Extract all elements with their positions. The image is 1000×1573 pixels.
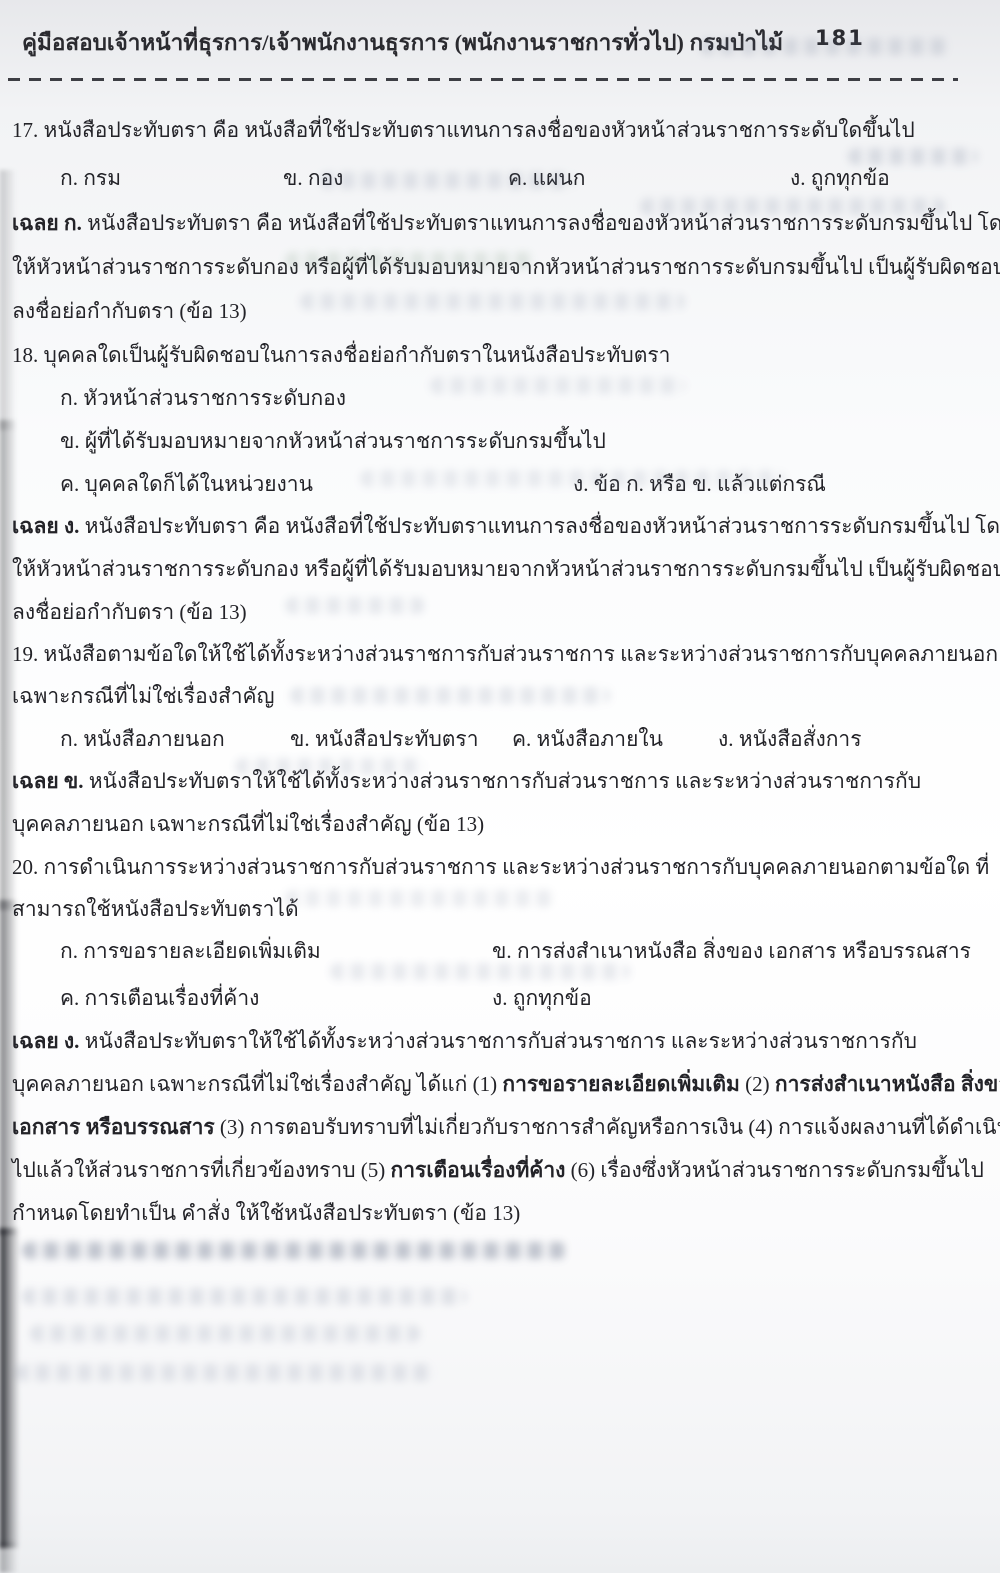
- page-number: 181: [815, 26, 865, 50]
- question-18-text: 18. บุคคลใดเป็นผู้รับผิดชอบในการลงชื่อย่…: [12, 335, 990, 378]
- option-17-b: ข. กอง: [283, 158, 343, 198]
- option-17-d: ง. ถูกทุกข้อ: [790, 158, 890, 198]
- answer-20-line5: กำหนดโดยทำเป็น คำสั่ง ให้ใช้หนังสือประทั…: [12, 1193, 990, 1236]
- answer-18-line1: เฉลย ง. หนังสือประทับตรา คือ หนังสือที่ใ…: [12, 506, 990, 549]
- option-20-a: ก. การขอรายละเอียดเพิ่มเติม: [60, 931, 321, 971]
- question-20-options-ab: ก. การขอรายละเอียดเพิ่มเติม ข. การส่งสำเ…: [12, 931, 990, 974]
- question-19-options: ก. หนังสือภายนอก ข. หนังสือประทับตรา ค. …: [12, 719, 990, 762]
- page-header: คู่มือสอบเจ้าหน้าที่ธุรการ/เจ้าพนักงานธุ…: [22, 24, 982, 60]
- option-18-d: ง. ข้อ ก. หรือ ข. แล้วแต่กรณี: [573, 464, 826, 504]
- answer-18-prefix: เฉลย ง.: [12, 514, 79, 538]
- option-19-a: ก. หนังสือภายนอก: [60, 719, 225, 759]
- bleed-through-smudge: [22, 1288, 467, 1305]
- answer-17-line2: ให้หัวหน้าส่วนราชการระดับกอง หรือผู้ที่ไ…: [12, 247, 990, 290]
- option-19-b: ข. หนังสือประทับตรา: [290, 719, 479, 759]
- answer-20-line3: เอกสาร หรือบรรณสาร (3) การตอบรับทราบที่ไ…: [12, 1107, 990, 1150]
- answer-18-line3: ลงชื่อย่อกำกับตรา (ข้อ 13): [12, 592, 990, 635]
- question-20-line2: สามารถใช้หนังสือประทับตราได้: [12, 889, 990, 932]
- answer-18-line2: ให้หัวหน้าส่วนราชการระดับกอง หรือผู้ที่ไ…: [12, 549, 990, 592]
- answer-20-line1: เฉลย ง. หนังสือประทับตราให้ใช้ได้ทั้งระห…: [12, 1021, 990, 1064]
- option-17-a: ก. กรม: [60, 158, 121, 198]
- answer-20-line4: ไปแล้วให้ส่วนราชการที่เกี่ยวข้องทราบ (5)…: [12, 1150, 990, 1193]
- question-20-options-cd: ค. การเตือนเรื่องที่ค้าง ง. ถูกทุกข้อ: [12, 978, 990, 1021]
- answer-20-line2: บุคคลภายนอก เฉพาะกรณีที่ไม่ใช่เรื่องสำคั…: [12, 1064, 990, 1107]
- bleed-through-smudge: [15, 1364, 435, 1381]
- answer-17-line3: ลงชื่อย่อกำกับตรา (ข้อ 13): [12, 291, 990, 334]
- option-18-c: ค. บุคคลใดก็ได้ในหน่วยงาน: [60, 464, 313, 504]
- question-17-text: 17. หนังสือประทับตรา คือ หนังสือที่ใช้ปร…: [12, 110, 990, 153]
- answer-19-prefix: เฉลย ข.: [12, 769, 84, 793]
- question-19-line2: เฉพาะกรณีที่ไม่ใช่เรื่องสำคัญ: [12, 676, 990, 719]
- question-19-line1: 19. หนังสือตามข้อใดให้ใช้ได้ทั้งระหว่างส…: [12, 634, 990, 677]
- option-17-c: ค. แผนก: [508, 158, 585, 198]
- question-18-option-a: ก. หัวหน้าส่วนราชการระดับกอง: [12, 378, 990, 421]
- question-17-options: ก. กรม ข. กอง ค. แผนก ง. ถูกทุกข้อ: [12, 158, 990, 201]
- answer-17-prefix: เฉลย ก.: [12, 211, 82, 235]
- option-19-d: ง. หนังสือสั่งการ: [718, 719, 862, 759]
- option-20-d: ง. ถูกทุกข้อ: [492, 978, 592, 1018]
- answer-17-line1: เฉลย ก. หนังสือประทับตรา คือ หนังสือที่ใ…: [12, 203, 990, 246]
- gutter-shadow: [0, 1542, 18, 1573]
- question-20-line1: 20. การดำเนินการระหว่างส่วนราชการกับส่วน…: [12, 847, 990, 890]
- answer-20-prefix: เฉลย ง.: [12, 1029, 79, 1053]
- option-19-c: ค. หนังสือภายใน: [512, 719, 663, 759]
- bleed-through-smudge: [22, 1242, 567, 1259]
- option-20-c: ค. การเตือนเรื่องที่ค้าง: [60, 978, 259, 1018]
- answer-19-line2: บุคคลภายนอก เฉพาะกรณีที่ไม่ใช่เรื่องสำคั…: [12, 804, 990, 847]
- option-20-b: ข. การส่งสำเนาหนังสือ สิ่งของ เอกสาร หรื…: [492, 931, 971, 971]
- question-18-options-cd: ค. บุคคลใดก็ได้ในหน่วยงาน ง. ข้อ ก. หรือ…: [12, 464, 990, 507]
- bleed-through-smudge: [30, 1325, 420, 1342]
- option-18-b: ข. ผู้ที่ได้รับมอบหมายจากหัวหน้าส่วนราชก…: [60, 421, 606, 461]
- question-18-option-b: ข. ผู้ที่ได้รับมอบหมายจากหัวหน้าส่วนราชก…: [12, 421, 990, 464]
- header-title: คู่มือสอบเจ้าหน้าที่ธุรการ/เจ้าพนักงานธุ…: [22, 30, 783, 55]
- scanned-book-page: คู่มือสอบเจ้าหน้าที่ธุรการ/เจ้าพนักงานธุ…: [0, 0, 1000, 1573]
- answer-19-line1: เฉลย ข. หนังสือประทับตราให้ใช้ได้ทั้งระห…: [12, 761, 990, 804]
- dashed-divider: [8, 78, 958, 81]
- gutter-shadow: [0, 1228, 20, 1548]
- option-18-a: ก. หัวหน้าส่วนราชการระดับกอง: [60, 378, 346, 418]
